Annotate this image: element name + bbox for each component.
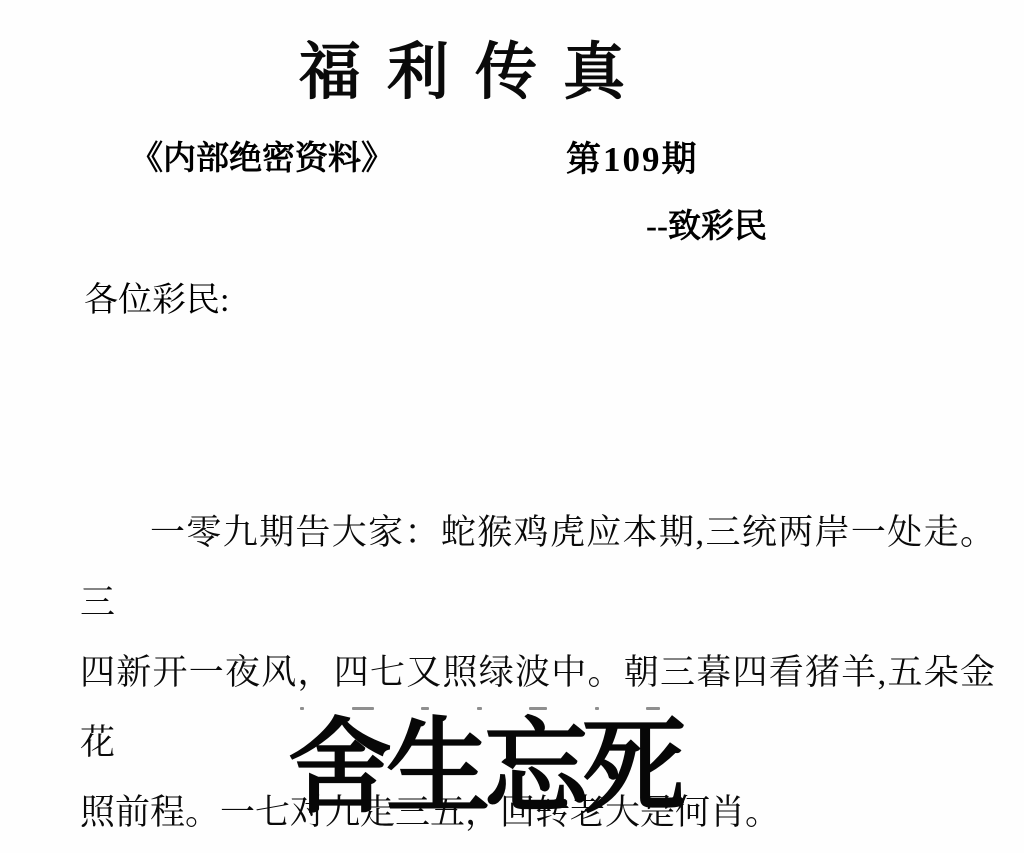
message-line: 一零九期告大家：蛇猴鸡虎应本期,三统两岸一处走。三 [80,498,995,638]
page-title: 福利传真 [0,22,950,111]
bottom-slogan: 舍生忘死 [288,705,680,833]
salutation: 各位彩民: [84,272,229,321]
scanned-flyer-page: 福利传真 《内部绝密资料》 第109期 --致彩民 各位彩民: 一零九期告大家：… [0,0,1024,853]
classification-label: 《内部绝密资料》 [130,132,394,179]
dedication-line: --致彩民 [646,200,767,247]
issue-number: 第109期 [566,132,699,182]
